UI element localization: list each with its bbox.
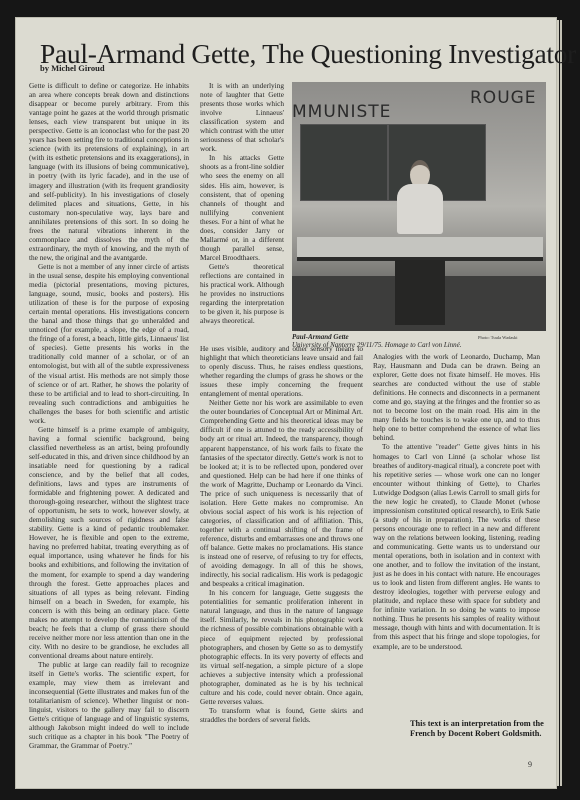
paragraph: To transform what is found, Gette skirts… [200,706,363,724]
photo-graffiti: MMUNISTE [292,102,391,122]
photo-desk [297,237,543,261]
subject-body [397,184,443,234]
photo-graffiti: ROUGE [470,88,537,108]
paragraph: The public at large can readily fail to … [29,660,189,750]
paragraph: In his attacks Gette shoots as a front-l… [200,153,284,262]
paragraph: Gette is not a member of any inner circl… [29,262,189,425]
paragraph: Analogies with the work of Leonardo, Duc… [373,352,540,442]
article-photo: MMUNISTE ROUGE [292,82,546,331]
paragraph: Neither Gette nor his work are assimilab… [200,398,363,588]
paragraph: In his concern for language, Gette sugge… [200,588,363,706]
photo-credit: Photo: Tuula Wadaski [478,335,518,340]
caption-name: Paul-Armand Gette [292,333,462,341]
subject-legs [395,260,445,325]
paragraph: Gette himself is a prime example of ambi… [29,425,189,660]
page-edge [560,20,562,786]
paragraph: To the attentive "reader" Gette gives hi… [373,442,540,650]
chalkboard [300,124,388,201]
column-2-bottom: He uses visible, auditory and other sens… [200,344,363,614]
column-2-top: It is with an underlying note of laughte… [200,81,284,346]
column-1: Gette is difficult to define or categori… [29,81,189,721]
page-number: 9 [528,760,532,769]
column-3: Analogies with the work of Leonardo, Duc… [373,352,540,577]
article-byline: by Michel Giroud [40,63,105,73]
paragraph: It is with an underlying note of laughte… [200,81,284,153]
paragraph: Gette's theoretical reflections are cont… [200,262,284,325]
paragraph: Gette is difficult to define or categori… [29,81,189,262]
article-title: Paul-Armand Gette, The Questioning Inves… [40,38,576,70]
paragraph: He uses visible, auditory and other sens… [200,344,363,398]
page-edge [557,20,559,786]
translation-note: This text is an interpretation from the … [410,719,550,739]
